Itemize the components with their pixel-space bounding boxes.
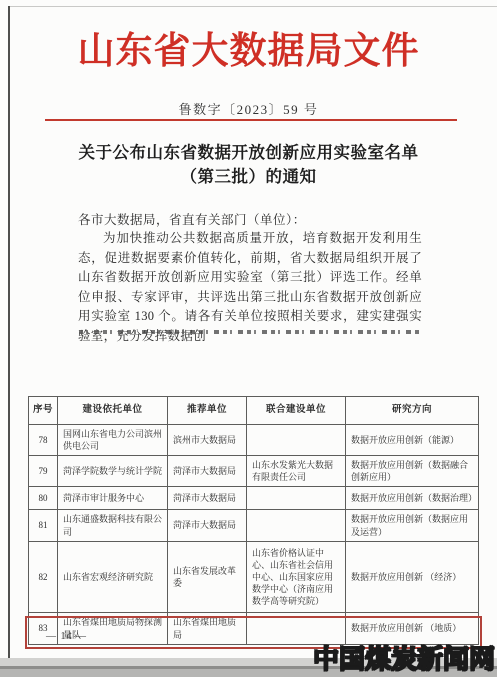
cell-org: 山东省宏观经济研究院 [58,541,168,613]
cell-recommender: 滨州市大数据局 [168,424,247,455]
cell-research: 数据开放应用创新（数据融合创新应用） [346,456,479,487]
header-seq: 序号 [29,397,58,425]
notice-title: 关于公布山东省数据开放创新应用实验室名单 （第三批）的通知 [58,141,439,189]
page-number: — 14 — [46,631,87,642]
cell-org: 菏泽学院数学与统计学院 [58,456,168,487]
table-row: 79 菏泽学院数学与统计学院 菏泽市大数据局 山东水发紫光大数据有限责任公司 数… [29,456,479,487]
table-header-row: 序号 建设依托单位 推荐单位 联合建设单位 研究方向 [29,397,479,425]
cell-research: 数据开放应用创新（能源） [346,424,479,455]
cell-research: 数据开放应用创新 （经济） [346,541,479,613]
cell-recommender: 菏泽市大数据局 [168,510,247,541]
notice-title-line2: （第三批）的通知 [181,167,317,186]
lab-list-table-wrap: 序号 建设依托单位 推荐单位 联合建设单位 研究方向 78 国网山东省电力公司滨… [28,396,478,645]
table-row: 82 山东省宏观经济研究院 山东省发展改革委 山东省价格认证中心、山东省社会信用… [29,541,479,613]
document-number: 鲁数字〔2023〕59 号 [10,99,487,118]
table-row: 81 山东通盛数据科技有限公司 菏泽市大数据局 数据开放应用创新（数据应用及运营… [29,510,479,541]
cell-recommender: 菏泽市大数据局 [168,456,247,487]
document-page: 山东省大数据局文件 鲁数字〔2023〕59 号 关于公布山东省数据开放创新应用实… [0,0,497,677]
table-row: 80 菏泽市审计服务中心 菏泽市大数据局 数据开放应用创新（数据治理） [29,487,479,510]
cell-seq: 78 [29,424,58,455]
cell-joint [247,424,346,455]
cell-joint [247,510,346,541]
header-org: 建设依托单位 [58,397,168,425]
cell-org: 山东通盛数据科技有限公司 [58,510,168,541]
cell-seq: 80 [29,487,58,510]
header-research: 研究方向 [346,397,479,425]
cell-seq: 81 [29,510,58,541]
cell-org: 菏泽市审计服务中心 [58,487,168,510]
watermark: 中国煤炭新闻网 [313,639,495,676]
page-top-edge [8,6,497,7]
cell-joint: 山东省价格认证中心、山东省社会信用中心、山东国家应用数学中心（济南应用数学高等研… [247,541,346,613]
cell-seq: 82 [29,541,58,613]
cell-recommender: 山东省煤田地质局 [168,613,247,644]
clipped-text-line [79,330,421,334]
document-header-title: 山东省大数据局文件 [10,20,487,74]
red-divider-line [45,119,457,121]
header-recommender: 推荐单位 [168,397,247,425]
cell-research: 数据开放应用创新（数据治理） [346,487,479,510]
notice-title-line1: 关于公布山东省数据开放创新应用实验室名单 [79,143,419,162]
cell-seq: 79 [29,456,58,487]
cell-recommender: 菏泽市大数据局 [168,487,247,510]
salutation: 各市大数据局，省直有关部门（单位）： [78,210,422,228]
cell-org: 国网山东省电力公司滨州供电公司 [58,424,168,455]
lab-list-table: 序号 建设依托单位 推荐单位 联合建设单位 研究方向 78 国网山东省电力公司滨… [28,396,479,645]
cell-research: 数据开放应用创新（数据应用及运营） [346,510,479,541]
cell-joint [247,487,346,510]
header-joint: 联合建设单位 [247,397,346,425]
table-row: 78 国网山东省电力公司滨州供电公司 滨州市大数据局 数据开放应用创新（能源） [29,424,479,455]
body-paragraph: 为加快推动公共数据高质量开放，培育数据开发利用生态，促进数据要素价值转化，前期，… [78,229,422,347]
cell-joint: 山东水发紫光大数据有限责任公司 [247,456,346,487]
cell-recommender: 山东省发展改革委 [168,541,247,613]
